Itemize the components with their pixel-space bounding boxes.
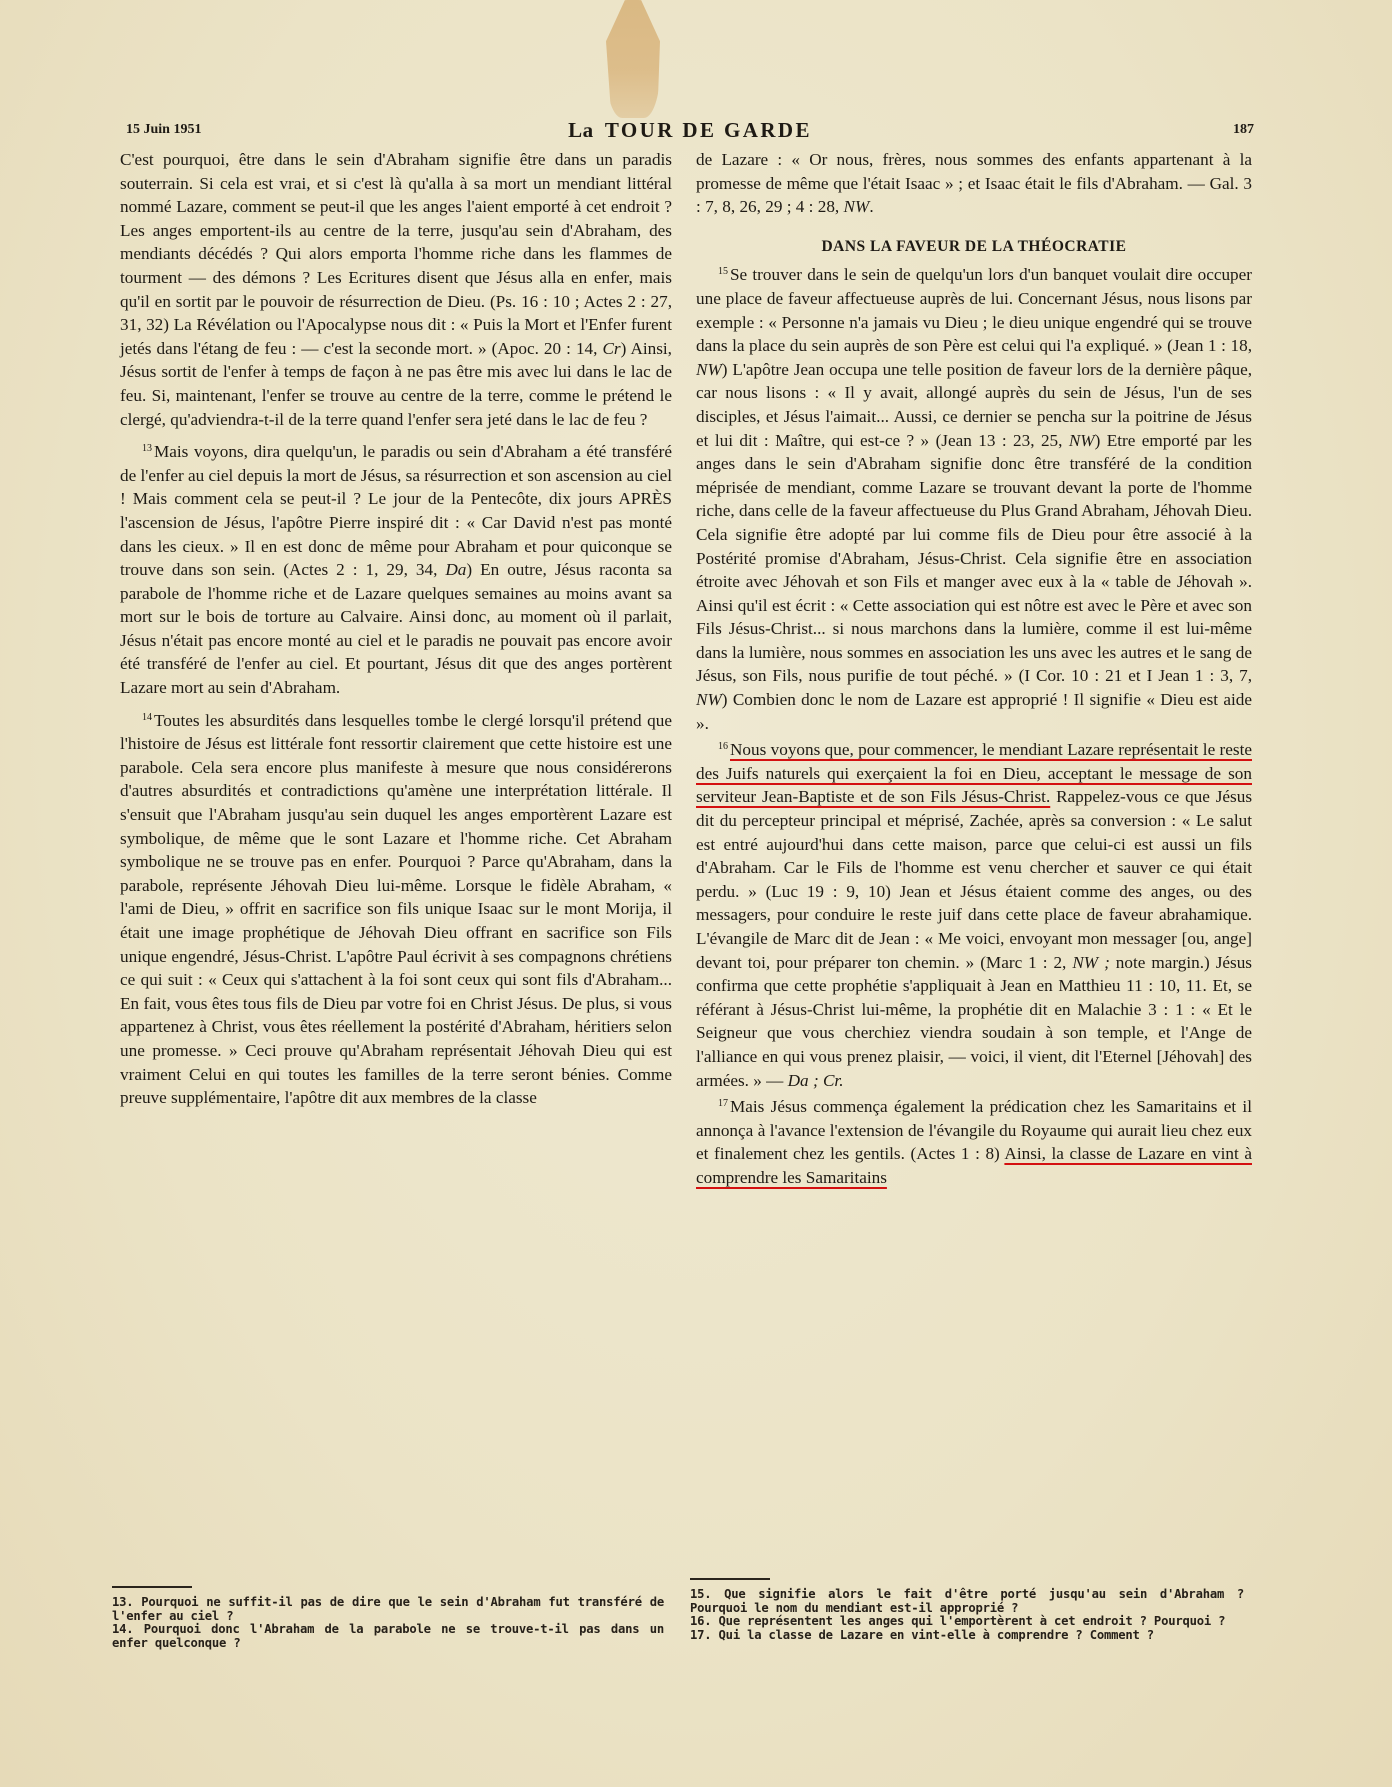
paragraph-17: 17Mais Jésus commença également la prédi…: [696, 1092, 1252, 1189]
text-run: ) Combien donc le nom de Lazare est appr…: [696, 690, 1252, 733]
study-question-14: 14. Pourquoi donc l'Abraham de la parabo…: [112, 1623, 664, 1650]
section-heading: DANS LA FAVEUR DE LA THÉOCRATIE: [696, 235, 1252, 259]
citation: NW: [844, 197, 870, 216]
text-run: ) En outre, Jésus raconta sa parabole de…: [120, 560, 672, 697]
footnotes-right: 15. Que signifie alors le fait d'être po…: [690, 1588, 1244, 1642]
page-header: 15 Juin 1951 La TOUR DE GARDE 187: [126, 118, 1254, 148]
citation: Cr: [602, 339, 620, 358]
citation: NW: [696, 690, 722, 709]
right-column: de Lazare : « Or nous, frères, nous somm…: [696, 148, 1252, 1190]
paragraph-continuation: C'est pourquoi, être dans le sein d'Abra…: [120, 148, 672, 431]
paragraph-number: 17: [718, 1098, 728, 1109]
study-question-17: 17. Qui la classe de Lazare en vint-elle…: [690, 1629, 1244, 1643]
left-column: C'est pourquoi, être dans le sein d'Abra…: [120, 148, 672, 1110]
study-question-13: 13. Pourquoi ne suffit-il pas de dire qu…: [112, 1596, 664, 1623]
paragraph-14: 14Toutes les absurdités dans lesquelles …: [120, 706, 672, 1110]
footnotes-left: 13. Pourquoi ne suffit-il pas de dire qu…: [112, 1596, 664, 1650]
citation: NW ;: [1072, 953, 1109, 972]
paragraph-number: 13: [142, 443, 152, 454]
paragraph-number: 15: [718, 266, 728, 277]
text-run: Rappelez-vous ce que Jésus dit du percep…: [696, 787, 1252, 971]
publication-title-main: TOUR DE GARDE: [605, 118, 812, 142]
publication-title-article: La: [568, 118, 594, 142]
citation: Da: [445, 560, 466, 579]
text-run: Mais voyons, dira quelqu'un, le paradis …: [120, 442, 672, 579]
study-question-15: 15. Que signifie alors le fait d'être po…: [690, 1588, 1244, 1615]
paragraph-13: 13Mais voyons, dira quelqu'un, le paradi…: [120, 437, 672, 700]
footnote-rule: [690, 1578, 770, 1580]
text-run: Toutes les absurdités dans lesquelles to…: [120, 711, 672, 1108]
citation: Da ; Cr.: [788, 1071, 844, 1090]
page-number: 187: [1233, 122, 1254, 138]
text-run: Se trouver dans le sein de quelqu'un lor…: [696, 265, 1252, 355]
text-run: de Lazare : « Or nous, frères, nous somm…: [696, 150, 1252, 216]
text-run: ) Etre emporté par les anges dans le sei…: [696, 431, 1252, 686]
paragraph-15: 15Se trouver dans le sein de quelqu'un l…: [696, 260, 1252, 735]
paragraph-number: 16: [718, 741, 728, 752]
citation: NW: [1069, 431, 1095, 450]
publication-title: La TOUR DE GARDE: [126, 118, 1254, 143]
study-question-16: 16. Que représentent les anges qui l'emp…: [690, 1615, 1244, 1629]
paragraph-continuation: de Lazare : « Or nous, frères, nous somm…: [696, 148, 1252, 219]
text-run: note margin.) Jésus confirma que cette p…: [696, 953, 1252, 1090]
paragraph-number: 14: [142, 712, 152, 723]
text-run: C'est pourquoi, être dans le sein d'Abra…: [120, 150, 672, 358]
text-run: .: [869, 197, 873, 216]
citation: NW: [696, 360, 722, 379]
paragraph-16: 16Nous voyons que, pour commencer, le me…: [696, 735, 1252, 1092]
footnote-rule: [112, 1586, 192, 1588]
